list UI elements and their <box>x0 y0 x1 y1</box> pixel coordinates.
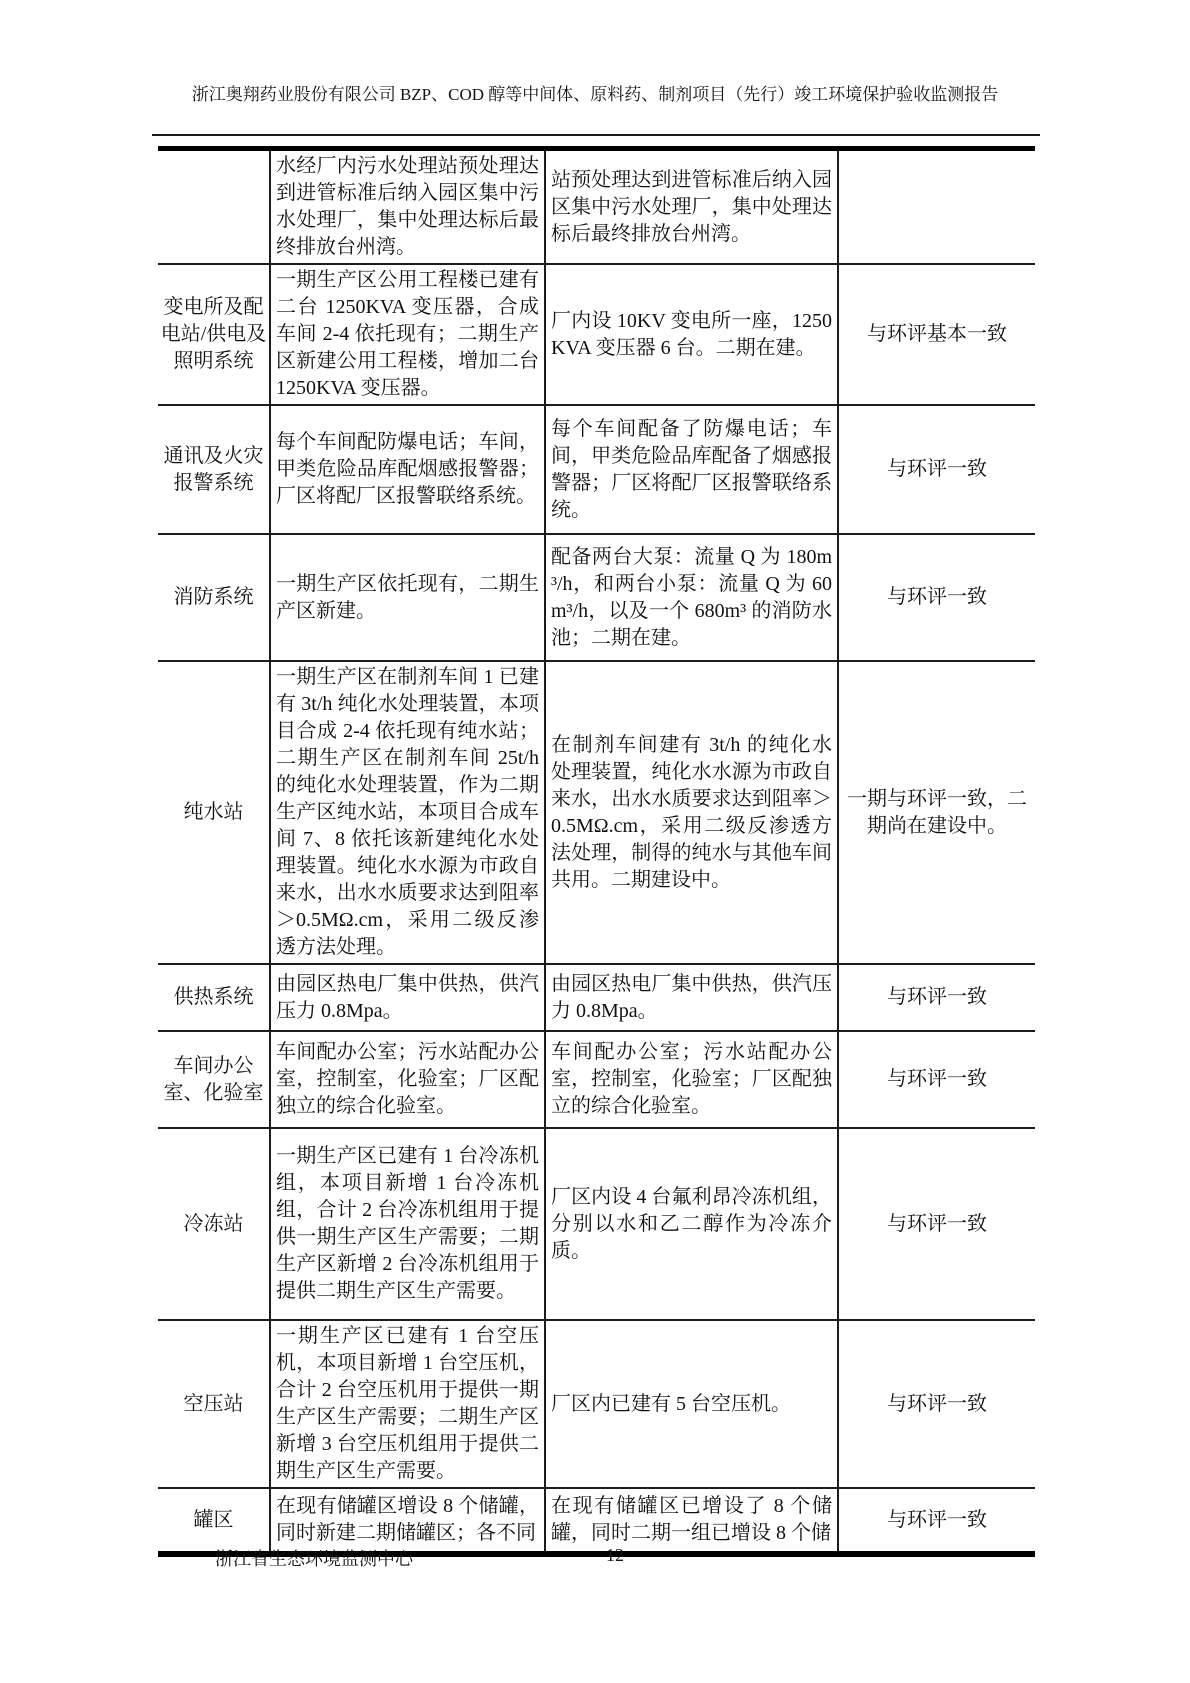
facility-label-cell: 纯水站 <box>158 661 270 964</box>
planned-cell: 一期生产区依托现有，二期生产区新建。 <box>270 534 545 661</box>
conclusion-cell: 与环评一致 <box>838 1128 1035 1320</box>
actual-cell: 车间配办公室；污水站配办公室，控制室，化验室；厂区配独立的综合化验室。 <box>545 1031 838 1128</box>
facility-label-cell: 变电所及配电站/供电及照明系统 <box>158 264 270 405</box>
planned-cell: 由园区热电厂集中供热，供汽压力 0.8Mpa。 <box>270 964 545 1031</box>
conclusion-cell: 与环评基本一致 <box>838 264 1035 405</box>
page-footer: 浙江省生态环境监测中心 12 <box>0 1545 1190 1575</box>
table-row: 空压站 一期生产区已建有 1 台空压机，本项目新增 1 台空压机，合计 2 台空… <box>158 1320 1035 1488</box>
conclusion-cell: 与环评一致 <box>838 1320 1035 1488</box>
planned-cell: 水经厂内污水处理站预处理达到进管标准后纳入园区集中污水处理厂，集中处理达标后最终… <box>270 149 545 265</box>
actual-cell: 由园区热电厂集中供热，供汽压力 0.8Mpa。 <box>545 964 838 1031</box>
table-row: 纯水站 一期生产区在制剂车间 1 已建有 3t/h 纯化水处理装置，本项目合成 … <box>158 661 1035 964</box>
document-page: 浙江奥翔药业股份有限公司 BZP、COD 醇等中间体、原料药、制剂项目（先行）竣… <box>0 0 1190 1683</box>
conclusion-cell: 与环评一致 <box>838 534 1035 661</box>
table-row: 变电所及配电站/供电及照明系统 一期生产区公用工程楼已建有二台 1250KVA … <box>158 264 1035 405</box>
planned-cell: 一期生产区已建有 1 台空压机，本项目新增 1 台空压机，合计 2 台空压机用于… <box>270 1320 545 1488</box>
conclusion-cell <box>838 149 1035 265</box>
planned-cell: 车间配办公室；污水站配办公室，控制室，化验室；厂区配独立的综合化验室。 <box>270 1031 545 1128</box>
facility-label-cell <box>158 149 270 265</box>
header-divider-rule <box>152 134 1040 136</box>
conclusion-cell: 一期与环评一致，二期尚在建设中。 <box>838 661 1035 964</box>
conclusion-cell: 与环评一致 <box>838 964 1035 1031</box>
planned-cell: 每个车间配防爆电话；车间，甲类危险品库配烟感报警器；厂区将配厂区报警联络系统。 <box>270 405 545 534</box>
table-row: 车间办公室、化验室 车间配办公室；污水站配办公室，控制室，化验室；厂区配独立的综… <box>158 1031 1035 1128</box>
actual-cell: 每个车间配备了防爆电话；车间，甲类危险品库配备了烟感报警器；厂区将配厂区报警联络… <box>545 405 838 534</box>
table-row: 消防系统 一期生产区依托现有，二期生产区新建。 配备两台大泵：流量 Q 为 18… <box>158 534 1035 661</box>
facility-label-cell: 冷冻站 <box>158 1128 270 1320</box>
facility-label-cell: 车间办公室、化验室 <box>158 1031 270 1128</box>
actual-cell: 厂区内已建有 5 台空压机。 <box>545 1320 838 1488</box>
planned-cell: 一期生产区在制剂车间 1 已建有 3t/h 纯化水处理装置，本项目合成 2-4 … <box>270 661 545 964</box>
conclusion-cell: 与环评一致 <box>838 1031 1035 1128</box>
facility-label-cell: 消防系统 <box>158 534 270 661</box>
facility-label-cell: 供热系统 <box>158 964 270 1031</box>
facility-label-cell: 通讯及火灾报警系统 <box>158 405 270 534</box>
table-row: 供热系统 由园区热电厂集中供热，供汽压力 0.8Mpa。 由园区热电厂集中供热，… <box>158 964 1035 1031</box>
table-row: 冷冻站 一期生产区已建有 1 台冷冻机组，本项目新增 1 台冷冻机组，合计 2 … <box>158 1128 1035 1320</box>
table-row: 水经厂内污水处理站预处理达到进管标准后纳入园区集中污水处理厂，集中处理达标后最终… <box>158 149 1035 265</box>
facility-label-cell: 空压站 <box>158 1320 270 1488</box>
actual-cell: 在制剂车间建有 3t/h 的纯化水处理装置，纯化水水源为市政自来水，出水水质要求… <box>545 661 838 964</box>
page-header-title: 浙江奥翔药业股份有限公司 BZP、COD 醇等中间体、原料药、制剂项目（先行）竣… <box>150 82 1040 108</box>
actual-cell: 站预处理达到进管标准后纳入园区集中污水处理厂，集中处理达标后最终排放台州湾。 <box>545 149 838 265</box>
facility-comparison-table: 水经厂内污水处理站预处理达到进管标准后纳入园区集中污水处理厂，集中处理达标后最终… <box>158 146 1035 1557</box>
footer-page-number: 12 <box>0 1545 1190 1566</box>
table-row: 通讯及火灾报警系统 每个车间配防爆电话；车间，甲类危险品库配烟感报警器；厂区将配… <box>158 405 1035 534</box>
actual-cell: 配备两台大泵：流量 Q 为 180m³/h，和两台小泵：流量 Q 为 60 m³… <box>545 534 838 661</box>
conclusion-cell: 与环评一致 <box>838 405 1035 534</box>
planned-cell: 一期生产区已建有 1 台冷冻机组，本项目新增 1 台冷冻机组，合计 2 台冷冻机… <box>270 1128 545 1320</box>
actual-cell: 厂内设 10KV 变电所一座，1250KVA 变压器 6 台。二期在建。 <box>545 264 838 405</box>
actual-cell: 厂区内设 4 台氟利昂冷冻机组，分别以水和乙二醇作为冷冻介质。 <box>545 1128 838 1320</box>
planned-cell: 一期生产区公用工程楼已建有二台 1250KVA 变压器，合成车间 2-4 依托现… <box>270 264 545 405</box>
